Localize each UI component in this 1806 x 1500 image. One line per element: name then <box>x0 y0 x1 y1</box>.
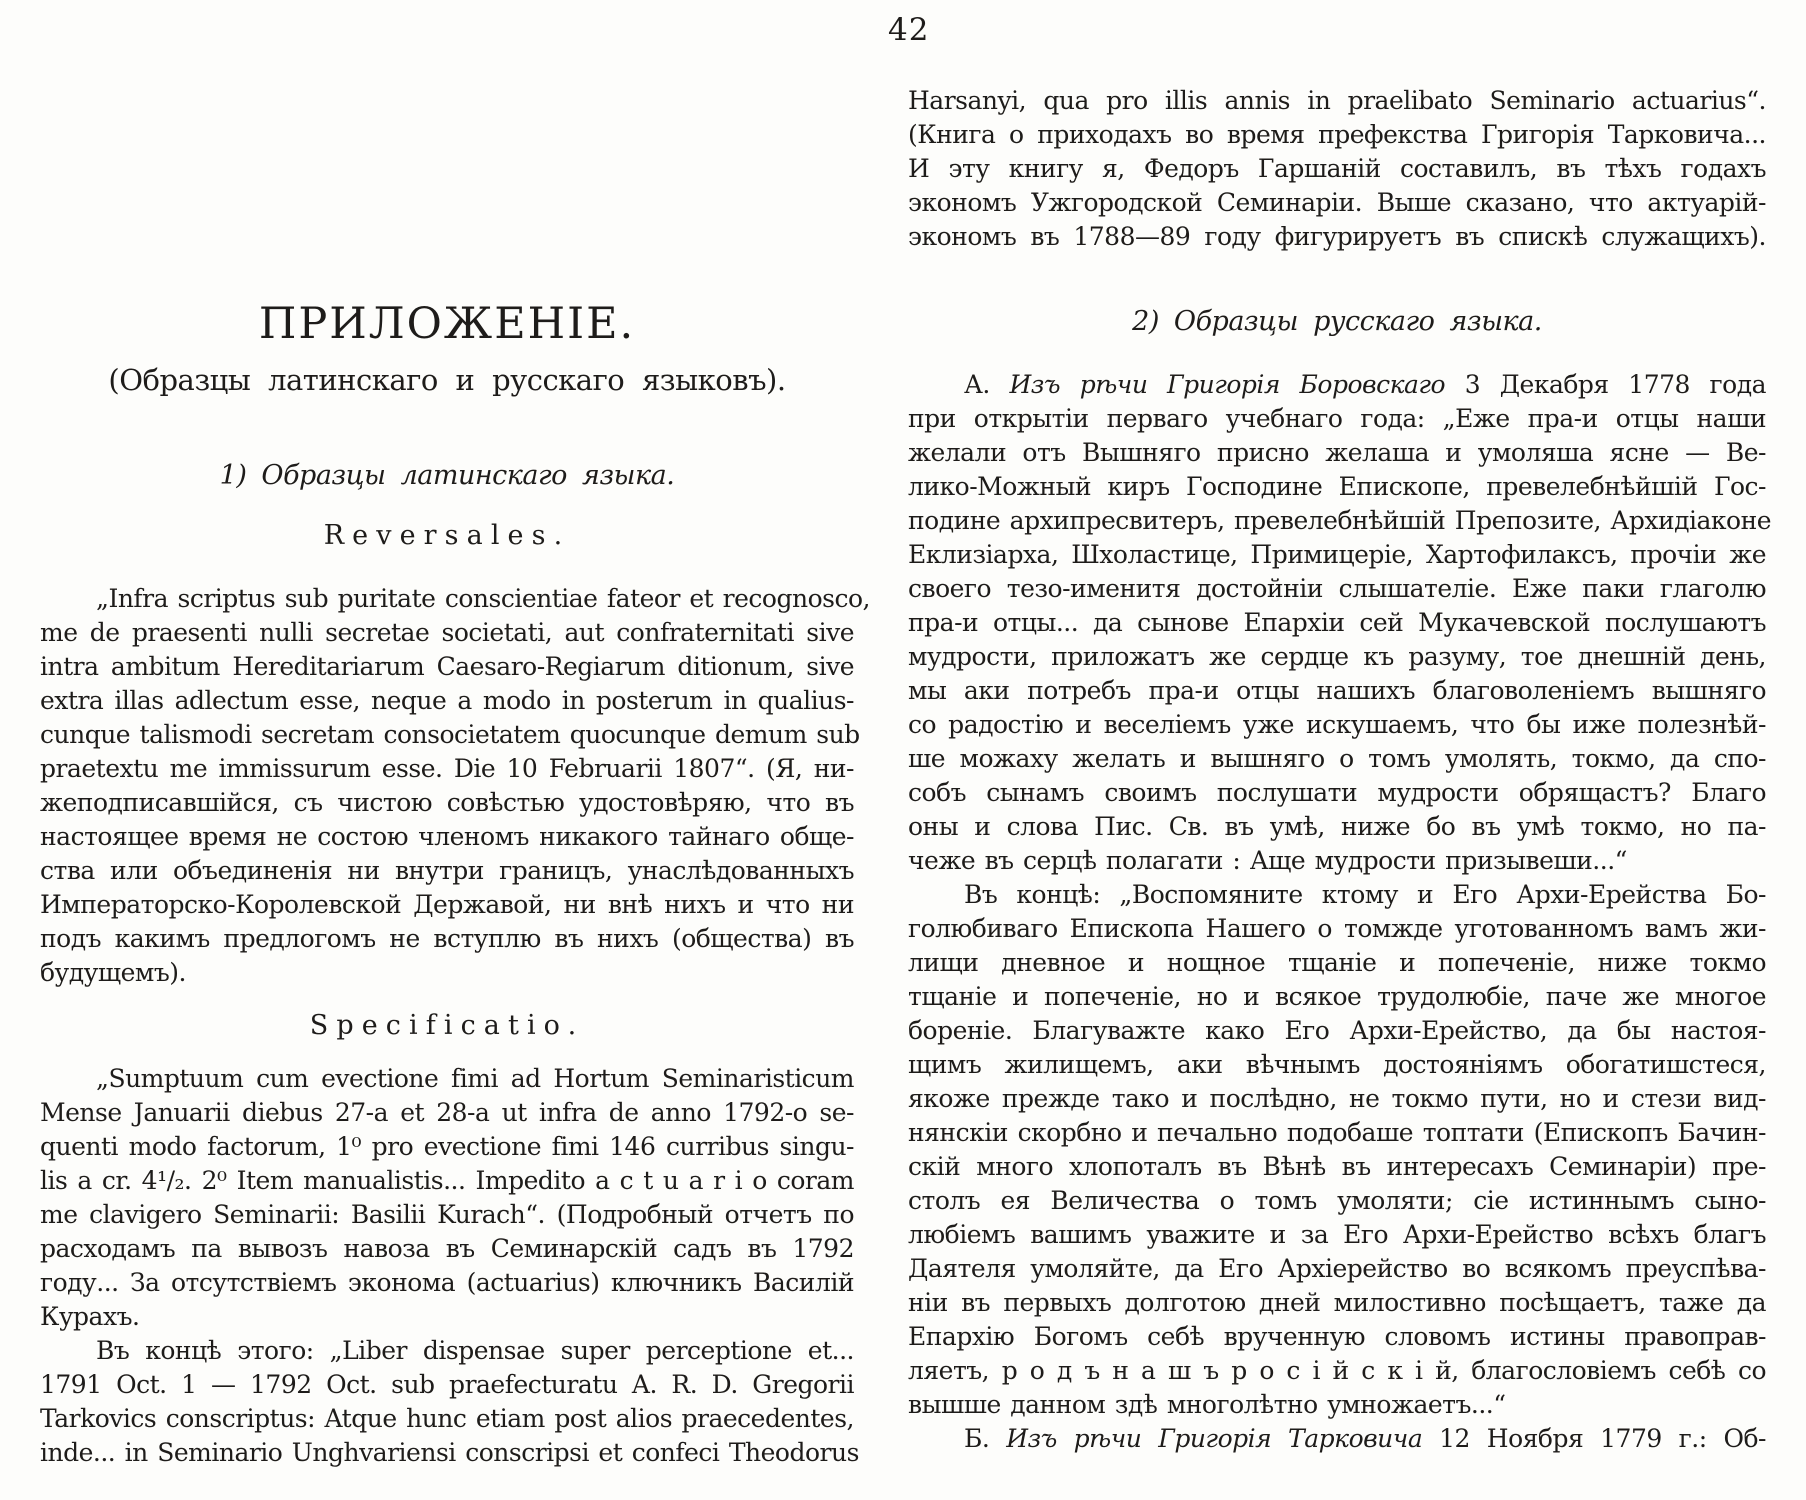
text-line: голюбиваго Епископа Нашего о томжде угот… <box>908 912 1766 946</box>
text-line: будущемъ). <box>40 956 854 990</box>
text-line: со радостію и веселіемъ уже искушаемъ, ч… <box>908 708 1766 742</box>
text-line: нянскіи скорбно и печально подобаше топт… <box>908 1116 1766 1150</box>
text-line: бореніе. Благуважте како Его Архи-Ерейст… <box>908 1014 1766 1048</box>
text-line: Mense Januarii diebus 27-a et 28-a ut in… <box>40 1096 854 1130</box>
speech-a-paragraph: А. Изъ рѣчи Григорія Боровскаго 3 Декабр… <box>908 368 1766 878</box>
text-line: inde... in Seminario Unghvariensi conscr… <box>40 1436 854 1470</box>
text-line: cunque talismodi secretam consocietatem … <box>40 718 854 752</box>
text-line: 1791 Oct. 1 — 1792 Oct. sub praefecturat… <box>40 1368 854 1402</box>
text-line: вышше данном здѣ многолѣтно умножаетъ...… <box>908 1388 1766 1422</box>
text-line: Въ концѣ: „Воспомяните ктому и Его Архи-… <box>908 878 1766 912</box>
text-line: Б. Изъ рѣчи Григорія Тарковича 12 Ноября… <box>908 1422 1766 1456</box>
plain-text: А. <box>964 370 1010 399</box>
text-line: lis a cr. 4¹/₂. 2⁰ Item manualistis... I… <box>40 1164 854 1198</box>
text-line: скій много хлопоталъ въ Вѣнѣ въ интереса… <box>908 1150 1766 1184</box>
text-line: своего тезо-именитя достойніи слышателіе… <box>908 572 1766 606</box>
text-line: Tarkovics conscriptus: Atque hunc etiam … <box>40 1402 854 1436</box>
liber-paragraph: Въ концѣ этого: „Liber dispensae super p… <box>40 1334 854 1470</box>
text-line: при открытіи перваго учебнаго года: „Еже… <box>908 402 1766 436</box>
text-line: quenti modo factorum, 1⁰ pro evectione f… <box>40 1130 854 1164</box>
text-line: пра-и отцы... да сынове Епархіи сей Мука… <box>908 606 1766 640</box>
text-line: И эту книгу я, Федоръ Гаршаній составилъ… <box>908 152 1766 186</box>
text-line: intra ambitum Hereditariarum Caesaro-Reg… <box>40 650 854 684</box>
text-line: ніи въ первыхъ долготою дней милостивно … <box>908 1286 1766 1320</box>
text-line: ше можаху желать и вышняго о томъ умолят… <box>908 742 1766 776</box>
text-line: лищи дневное и нощное тщаніе и попеченіе… <box>908 946 1766 980</box>
section-1-heading: 1) Образцы латинскаго языка. <box>40 460 854 492</box>
speech-b-paragraph: Б. Изъ рѣчи Григорія Тарковича 12 Ноября… <box>908 1422 1766 1456</box>
text-line: „Infra scriptus sub puritate conscientia… <box>40 582 854 616</box>
reversales-heading: Reversales. <box>40 520 854 552</box>
text-line: лико-Можный киръ Господине Епископе, пре… <box>908 470 1766 504</box>
plain-text: Б. <box>964 1424 1006 1453</box>
text-line: Еклизіарха, Шхоластице, Примицеріе, Харт… <box>908 538 1766 572</box>
appendix-subtitle: (Образцы латинскаго и русскаго языковъ). <box>40 362 854 398</box>
reversales-paragraph: „Infra scriptus sub puritate conscientia… <box>40 582 854 990</box>
text-line: Даятеля умоляйте, да Его Архіерейство во… <box>908 1252 1766 1286</box>
specificatio-paragraph: „Sumptuum cum evectione fimi ad Hortum S… <box>40 1062 854 1334</box>
text-line: собъ сынамъ своимъ послушати мудрости об… <box>908 776 1766 810</box>
section-2-heading: 2) Образцы русскаго языка. <box>908 306 1766 338</box>
text-line: подъ какимъ предлогомъ не вступлю въ них… <box>40 922 854 956</box>
text-line: подине архипресвитеръ, превелебнѣйшій Пр… <box>908 504 1766 538</box>
text-line: (Книга о приходахъ во время префекства Г… <box>908 118 1766 152</box>
book-page: 42 ПРИЛОЖЕНІЕ. (Образцы латинскаго и рус… <box>0 0 1806 1500</box>
text-line: желали отъ Вышняго присно желаша и умоля… <box>908 436 1766 470</box>
appendix-title: ПРИЛОЖЕНІЕ. <box>40 300 854 348</box>
text-line: чеже въ серцѣ полагати : Аще мудрости пр… <box>908 844 1766 878</box>
text-line: настоящее время не состою членомъ никако… <box>40 820 854 854</box>
continuation-paragraph: Harsanyi, qua pro illis annis in praelib… <box>908 84 1766 254</box>
text-line: „Sumptuum cum evectione fimi ad Hortum S… <box>40 1062 854 1096</box>
text-line: жеподписавшійся, съ чистою совѣстью удос… <box>40 786 854 820</box>
text-line: extra illas adlectum esse, neque a modo … <box>40 684 854 718</box>
text-line: столъ ея Величества о томъ умоляти; сіе … <box>908 1184 1766 1218</box>
speech-conclusion-paragraph: Въ концѣ: „Воспомяните ктому и Его Архи-… <box>908 878 1766 1422</box>
text-line: ства или объединенія ни внутри границъ, … <box>40 854 854 888</box>
text-line: оны и слова Пис. Св. въ умѣ, ниже бо въ … <box>908 810 1766 844</box>
text-line: Императорско-Королевской Державой, ни вн… <box>40 888 854 922</box>
text-line: Въ концѣ этого: „Liber dispensae super p… <box>40 1334 854 1368</box>
text-line: me de praesenti nulli secretae societati… <box>40 616 854 650</box>
text-line: году... За отсутствіемъ эконома (actuari… <box>40 1266 854 1300</box>
text-line: экономъ Ужгородской Семинаріи. Выше сказ… <box>908 186 1766 220</box>
text-line: мудрости, приложатъ же сердце къ разуму,… <box>908 640 1766 674</box>
text-line: тщаніе и попеченіе, но и всякое трудолюб… <box>908 980 1766 1014</box>
italic-text: Изъ рѣчи Григорія Боровскаго <box>1010 370 1446 399</box>
italic-text: Изъ рѣчи Григорія Тарковича <box>1006 1424 1422 1453</box>
text-line: Епархію Богомъ себѣ врученную словомъ ис… <box>908 1320 1766 1354</box>
left-column: ПРИЛОЖЕНІЕ. (Образцы латинскаго и русска… <box>40 300 854 1470</box>
text-line: ляетъ, р о д ъ н а ш ъ р о с і й с к і й… <box>908 1354 1766 1388</box>
plain-text: 12 Ноября 1779 г.: Об- <box>1422 1424 1766 1453</box>
text-line: щимъ жилищемъ, аки вѣчнымъ достояніямъ о… <box>908 1048 1766 1082</box>
page-number: 42 <box>888 12 929 48</box>
text-line: экономъ въ 1788—89 году фигурируетъ въ с… <box>908 220 1766 254</box>
text-line: me clavigero Seminarii: Basilii Kurach“.… <box>40 1198 854 1232</box>
text-line: любіемъ вашимъ уважите и за Его Архи-Ере… <box>908 1218 1766 1252</box>
text-line: расходамъ па вывозъ навоза въ Семинарскі… <box>40 1232 854 1266</box>
plain-text: 3 Декабря 1778 года <box>1445 370 1766 399</box>
text-line: якоже прежде тако и послѣдно, не токмо п… <box>908 1082 1766 1116</box>
text-line: мы аки потребъ пра-и отцы нашихъ благово… <box>908 674 1766 708</box>
specificatio-heading: Specificatio. <box>40 1010 854 1042</box>
text-line: praetextu me immissurum esse. Die 10 Feb… <box>40 752 854 786</box>
text-line: А. Изъ рѣчи Григорія Боровскаго 3 Декабр… <box>908 368 1766 402</box>
text-line: Курахъ. <box>40 1300 854 1334</box>
right-column: Harsanyi, qua pro illis annis in praelib… <box>908 84 1766 1456</box>
text-line: Harsanyi, qua pro illis annis in praelib… <box>908 84 1766 118</box>
